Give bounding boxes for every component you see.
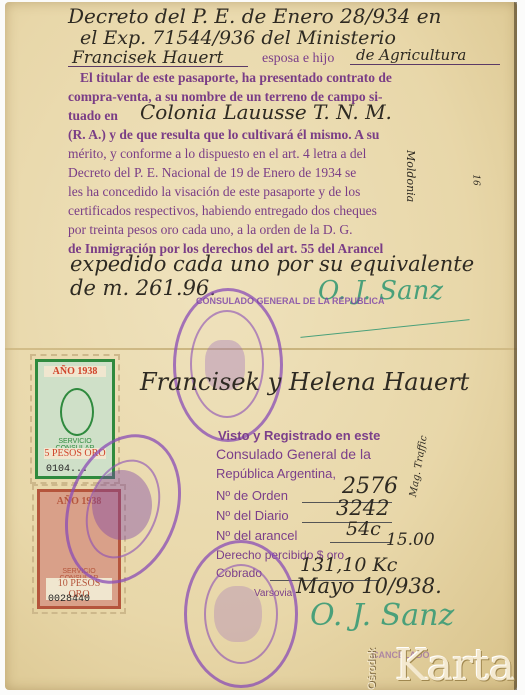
handwritten-equivalent: expedido cada uno por su equivalente: [70, 252, 474, 276]
field-cobrado-value: 131,10 Kc: [300, 554, 397, 576]
field-derecho-value: 15.00: [386, 530, 435, 550]
body-line-8: certificados respectivos, habiendo entre…: [68, 201, 377, 221]
handwritten-holder-name: Francisek Hauert: [72, 48, 223, 68]
field-diario-label: Nº del Diario: [216, 506, 289, 525]
date-handwritten: Mayo 10/938.: [296, 574, 442, 598]
body-line-5: mérito, y conforme a lo dispuesto en el …: [68, 144, 366, 164]
occupation-underline: [350, 64, 500, 65]
stamp-year: AÑO 1938: [44, 366, 106, 377]
handwritten-decree-line2: el Exp. 71544/936 del Ministerio: [80, 27, 396, 49]
stamp-top-text: CONSULADO GENERAL DE LA REPUBLICA: [196, 296, 385, 306]
consulate-line-3: República Argentina,: [216, 464, 336, 483]
body-line-6: Decreto del P. E. Nacional de 19 de Ener…: [68, 163, 356, 183]
body-line-3: tuado en: [68, 106, 118, 126]
body-line-1: El titular de este pasaporte, ha present…: [80, 68, 392, 88]
coat-of-arms-icon: [92, 470, 152, 540]
karta-watermark: Karta: [395, 640, 514, 691]
page-number: 16: [471, 174, 481, 185]
field-orden-label: Nº de Orden: [216, 486, 288, 505]
page-edge: [514, 2, 517, 690]
handwritten-location: Colonia Lauusse T. N. M.: [140, 100, 392, 124]
arancel-underline: [330, 542, 390, 543]
handwritten-decree-line1: Decreto del P. E. de Enero 28/934 en: [68, 4, 441, 28]
coat-of-arms-icon: [214, 586, 262, 642]
field-arancel-value: 54c: [346, 518, 381, 540]
consulate-line-2: Consulado General de la: [216, 445, 371, 464]
body-line-7: les ha concedido la visación de este pas…: [68, 182, 360, 202]
handwritten-occupation: de Agricultura: [356, 46, 466, 64]
esposa-label: esposa e hijo: [262, 49, 334, 68]
coat-of-arms-icon: [60, 388, 94, 436]
body-line-9: por treinta pesos oro cada uno, a la ord…: [68, 220, 353, 240]
osrodek-watermark: Ośrodek: [366, 648, 378, 690]
field-diario-value: 3242: [336, 496, 389, 520]
margin-note: Moldonia: [404, 150, 417, 202]
consulate-line-1: Visto y Registrado en este: [218, 426, 380, 445]
stamp-serial: 0028440: [48, 594, 90, 605]
name-underline: [68, 66, 248, 67]
handwritten-amount: de m. 261.96.: [70, 276, 216, 300]
body-line-4: (R. A.) y de que resulta que lo cultivar…: [68, 125, 379, 145]
signature-lower: O. J. Sanz: [310, 598, 454, 633]
handwritten-names: Francisek y Helena Hauert: [140, 368, 469, 396]
